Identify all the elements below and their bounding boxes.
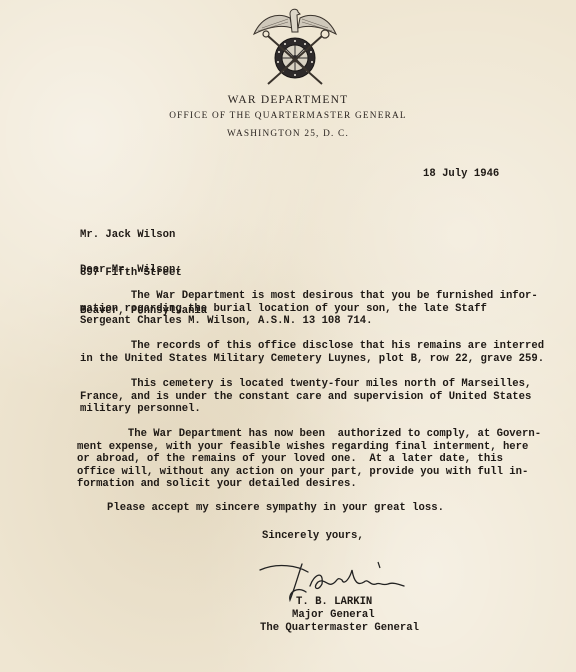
complimentary-close: Sincerely yours, bbox=[262, 530, 364, 543]
quartermaster-emblem-icon bbox=[248, 4, 342, 86]
recipient-name: Mr. Jack Wilson bbox=[80, 229, 207, 242]
signatory-title: The Quartermaster General bbox=[260, 622, 419, 635]
body-paragraph: The records of this office disclose that… bbox=[80, 340, 544, 365]
signatory-name: T. B. LARKIN bbox=[296, 596, 372, 609]
body-paragraph: This cemetery is located twenty-four mil… bbox=[80, 378, 531, 416]
body-paragraph: The War Department has now been authoriz… bbox=[77, 428, 541, 491]
sympathy-paragraph: Please accept my sincere sympathy in you… bbox=[107, 502, 444, 515]
body-paragraph: The War Department is most desirous that… bbox=[80, 290, 538, 328]
letterhead-office: OFFICE OF THE QUARTERMASTER GENERAL bbox=[0, 111, 576, 121]
signatory-rank: Major General bbox=[292, 609, 375, 622]
letterhead-department: WAR DEPARTMENT bbox=[0, 94, 576, 106]
salutation: Dear Mr. Wilson: bbox=[80, 264, 182, 277]
letterhead-address: WASHINGTON 25, D. C. bbox=[0, 129, 576, 139]
letter-date: 18 July 1946 bbox=[423, 168, 499, 181]
